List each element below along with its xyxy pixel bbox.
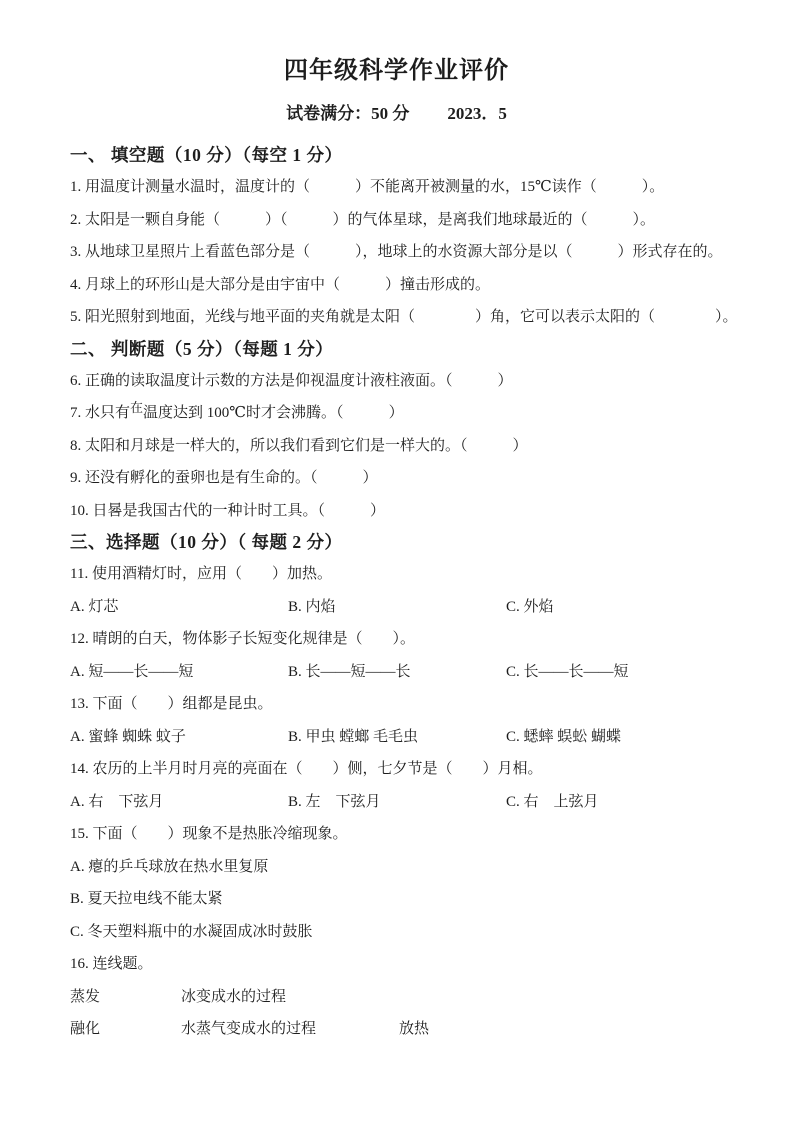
- choice-15-option-a: A. 瘪的乒乓球放在热水里复原: [70, 851, 749, 884]
- matching-row-2: 融化 水蒸气变成水的过程 放热: [70, 1013, 749, 1046]
- choice-15-option-c: C. 冬天塑料瓶中的水凝固成冰时鼓胀: [70, 916, 749, 949]
- choice-question-12-options: A. 短——长——短 B. 长——短——长 C. 长——长——短: [70, 656, 749, 689]
- choice-15-option-b: B. 夏天拉电线不能太紧: [70, 883, 749, 916]
- choice-question-12-stem: 12. 晴朗的白天，物体影子长短变化规律是（ ）。: [70, 623, 749, 656]
- choice-13-option-b: B. 甲虫 螳螂 毛毛虫: [288, 721, 506, 754]
- section-heading-judge: 二、 判断题（5 分）（每题 1 分）: [70, 334, 749, 365]
- matching-row-2-term: 融化: [70, 1013, 181, 1046]
- matching-row-1-term: 蒸发: [70, 981, 181, 1014]
- judge-question-7-suffix: 温度达到 100℃时才会沸腾。（ ）: [143, 405, 404, 421]
- choice-question-14-stem: 14. 农历的上半月时月亮的亮面在（ ）侧，七夕节是（ ）月相。: [70, 753, 749, 786]
- choice-question-15-stem: 15. 下面（ ）现象不是热胀冷缩现象。: [70, 818, 749, 851]
- matching-question-16-stem: 16. 连线题。: [70, 948, 749, 981]
- matching-row-2-heat: 放热: [399, 1013, 749, 1046]
- matching-row-1: 蒸发 冰变成水的过程: [70, 981, 749, 1014]
- fill-question-1: 1. 用温度计测量水温时，温度计的（ ）不能离开被测量的水，15℃读作（ ）。: [70, 171, 749, 204]
- choice-14-option-c: C. 右 上弦月: [506, 786, 749, 819]
- exam-body: 一、 填空题（10 分）（每空 1 分） 1. 用温度计测量水温时，温度计的（ …: [0, 126, 793, 1046]
- choice-11-option-a: A. 灯芯: [70, 591, 288, 624]
- choice-12-option-a: A. 短——长——短: [70, 656, 288, 689]
- choice-question-13-options: A. 蜜蜂 蜘蛛 蚊子 B. 甲虫 螳螂 毛毛虫 C. 蟋蟀 蜈蚣 蝴蝶: [70, 721, 749, 754]
- choice-question-13-stem: 13. 下面（ ）组都是昆虫。: [70, 688, 749, 721]
- matching-row-1-description: 冰变成水的过程: [181, 981, 399, 1014]
- section-heading-choice: 三、选择题（10 分）（ 每题 2 分）: [70, 527, 749, 558]
- fill-question-4: 4. 月球上的环形山是大部分是由宇宙中（ ）撞击形成的。: [70, 269, 749, 302]
- choice-13-option-a: A. 蜜蜂 蜘蛛 蚊子: [70, 721, 288, 754]
- page-title: 四年级科学作业评价: [0, 0, 793, 86]
- judge-question-7-inserted-char: 在: [130, 400, 143, 415]
- exam-total-score: 试卷满分：50 分: [286, 102, 409, 126]
- choice-11-option-c: C. 外焰: [506, 591, 749, 624]
- choice-12-option-c: C. 长——长——短: [506, 656, 749, 689]
- exam-paper-page: 四年级科学作业评价 试卷满分：50 分 2023．5 一、 填空题（10 分）（…: [0, 0, 793, 1122]
- exam-date: 2023．5: [447, 102, 507, 126]
- choice-question-11-stem: 11. 使用酒精灯时，应用（ ）加热。: [70, 558, 749, 591]
- choice-13-option-c: C. 蟋蟀 蜈蚣 蝴蝶: [506, 721, 749, 754]
- fill-question-2: 2. 太阳是一颗自身能（ ）（ ）的气体星球，是离我们地球最近的（ ）。: [70, 204, 749, 237]
- judge-question-9: 9. 还没有孵化的蚕卵也是有生命的。（ ）: [70, 462, 749, 495]
- matching-row-1-heat: [399, 981, 749, 1014]
- choice-12-option-b: B. 长——短——长: [288, 656, 506, 689]
- judge-question-7: 7. 水只有在温度达到 100℃时才会沸腾。（ ）: [70, 397, 749, 430]
- judge-question-8: 8. 太阳和月球是一样大的，所以我们看到它们是一样大的。（ ）: [70, 430, 749, 463]
- choice-question-14-options: A. 右 下弦月 B. 左 下弦月 C. 右 上弦月: [70, 786, 749, 819]
- choice-14-option-b: B. 左 下弦月: [288, 786, 506, 819]
- exam-meta: 试卷满分：50 分 2023．5: [0, 102, 793, 126]
- choice-question-11-options: A. 灯芯 B. 内焰 C. 外焰: [70, 591, 749, 624]
- judge-question-10: 10. 日晷是我国古代的一种计时工具。（ ）: [70, 495, 749, 528]
- fill-question-3: 3. 从地球卫星照片上看蓝色部分是（ ），地球上的水资源大部分是以（ ）形式存在…: [70, 236, 749, 269]
- judge-question-6: 6. 正确的读取温度计示数的方法是仰视温度计液柱液面。（ ）: [70, 365, 749, 398]
- judge-question-7-prefix: 7. 水只有: [70, 405, 130, 421]
- matching-row-2-description: 水蒸气变成水的过程: [181, 1013, 399, 1046]
- choice-14-option-a: A. 右 下弦月: [70, 786, 288, 819]
- fill-question-5: 5. 阳光照射到地面，光线与地平面的夹角就是太阳（ ）角，它可以表示太阳的（ ）…: [70, 301, 749, 334]
- choice-11-option-b: B. 内焰: [288, 591, 506, 624]
- section-heading-fill: 一、 填空题（10 分）（每空 1 分）: [70, 140, 749, 171]
